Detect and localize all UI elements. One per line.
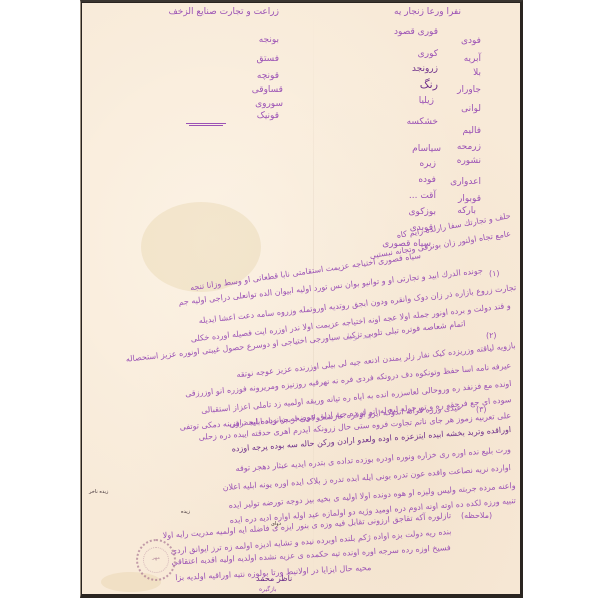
document-page: زراعت و تجارت صنایع الزخف نفرا ورعا زنجا…	[80, 0, 523, 598]
section-marker: (۱)	[489, 270, 500, 278]
list-item: قساوقی	[252, 86, 283, 95]
interlinear-note: زیده	[181, 510, 190, 515]
seal-text: مهر	[138, 555, 174, 561]
list-item: کوری	[418, 50, 438, 59]
list-item: سیاسام	[412, 145, 441, 154]
list-item: بلا	[473, 69, 481, 78]
list-item: فستق	[256, 55, 279, 64]
list-item: لوانی	[461, 105, 481, 114]
list-item: زرمحه	[457, 143, 481, 152]
signature-subtitle: بازگیره	[259, 587, 277, 593]
list-item: قوبوار	[458, 195, 481, 204]
underline-stroke	[189, 125, 223, 126]
list-item: بوزکوی	[409, 208, 436, 217]
list-item: بونجه	[259, 36, 279, 45]
right-column-header: نفرا ورعا زنجار یه	[394, 8, 461, 17]
round-seal-stamp: مهر	[136, 539, 176, 581]
list-item: رنگ	[420, 79, 438, 90]
list-item: آقت ...	[409, 192, 436, 201]
list-item: جاورار	[457, 86, 481, 95]
list-item: سوروی	[255, 100, 283, 109]
signature: ناظر محمد	[256, 575, 292, 583]
list-item: فوده	[418, 176, 436, 185]
list-item: قونیک	[257, 112, 279, 121]
list-item: زرونجد	[412, 65, 438, 74]
underline-stroke	[186, 123, 226, 124]
list-item: نشوره	[457, 157, 481, 166]
list-item: قونچه	[257, 72, 279, 81]
section-marker: (۳)	[476, 406, 487, 414]
list-item: زیره	[419, 160, 436, 169]
list-item: فودی	[461, 37, 481, 46]
interlinear-note: دوای	[271, 522, 281, 527]
list-item: بارکه	[457, 207, 476, 216]
section-marker: (ملاحظه)	[461, 512, 492, 520]
list-item: اعدواری	[450, 178, 481, 187]
list-item: خشکسه	[407, 118, 438, 127]
left-column-header: زراعت و تجارت صنایع الزخف	[168, 8, 279, 17]
list-item: قوری قصود	[394, 28, 438, 37]
paper-fold	[313, 2, 314, 595]
list-item: فالیم	[463, 127, 482, 136]
list-item: زیلیا	[419, 97, 434, 106]
interlinear-note: زیده ناخر	[89, 490, 108, 495]
faint-text-line: بند لوط	[345, 332, 371, 341]
list-item: آبریه	[464, 55, 481, 64]
section-marker: (۲)	[486, 332, 497, 340]
